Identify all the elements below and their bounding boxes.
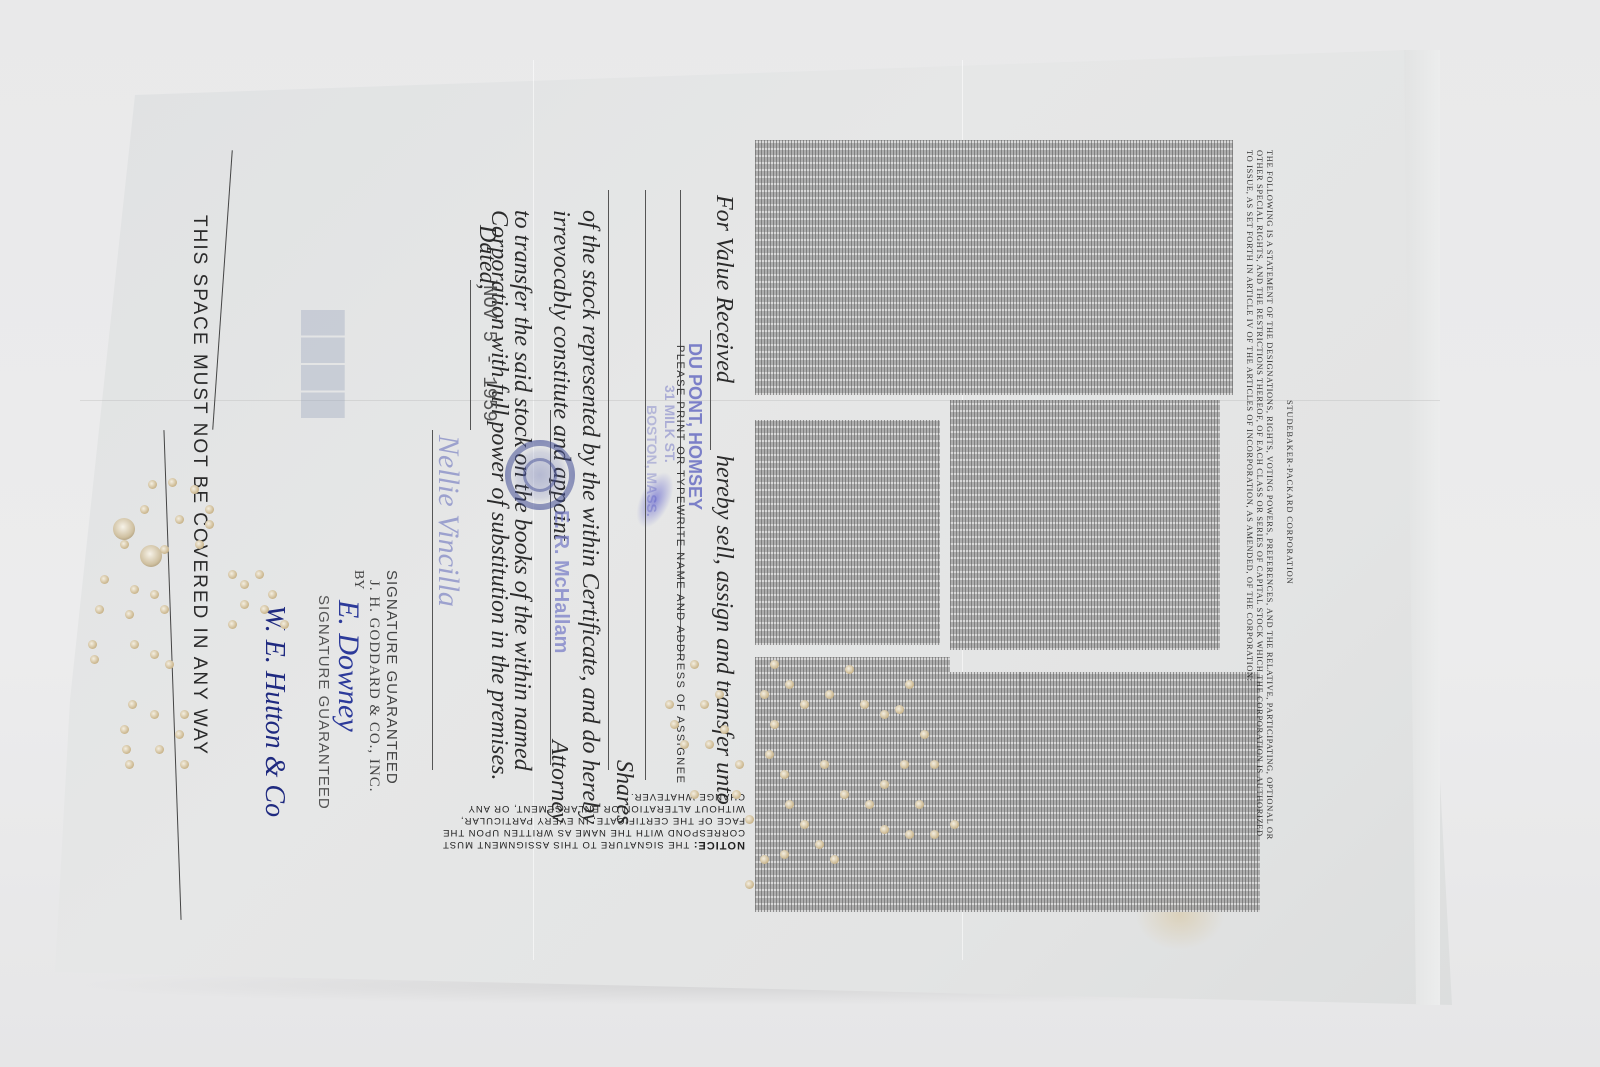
shares-line [608, 190, 609, 770]
perforation-hole [228, 620, 237, 629]
hereby-sell-text: hereby sell, assign and transfer unto [710, 455, 737, 805]
perforation-hole [150, 650, 159, 659]
perforation-hole [895, 705, 904, 714]
perforation-hole [228, 570, 237, 579]
perforation-hole [130, 585, 139, 594]
perforation-hole [745, 880, 754, 889]
legal-text-block [1020, 672, 1260, 912]
perforation-hole [175, 730, 184, 739]
perforation-hole [820, 760, 829, 769]
perforation-hole [140, 505, 149, 514]
perforation-hole [120, 540, 129, 549]
attorney-signature-stamp: E. R. McHallam [549, 510, 572, 653]
perforation-hole [670, 720, 679, 729]
perforation-hole [180, 710, 189, 719]
perforation-hole [700, 700, 709, 709]
perforation-hole [165, 660, 174, 669]
dated-label: Dated, [473, 225, 500, 290]
perforation-hole [765, 750, 774, 759]
perforation-hole [95, 605, 104, 614]
address-line [645, 190, 646, 780]
perforation-hole [175, 515, 184, 524]
legal-text-block [755, 657, 950, 912]
perforation-hole [150, 710, 159, 719]
perforation-hole [830, 855, 839, 864]
perforation-hole [785, 800, 794, 809]
perforation-hole [255, 570, 264, 579]
legal-heading: THE FOLLOWING IS A STATEMENT OF THE DESI… [1245, 150, 1275, 850]
perforation-hole [930, 760, 939, 769]
perforation-hole [915, 800, 924, 809]
perforation-hole [155, 745, 164, 754]
perforation-hole [905, 830, 914, 839]
perforation-hole [840, 790, 849, 799]
perforation-hole [780, 770, 789, 779]
perforation-hole [90, 655, 99, 664]
perforation-hole [785, 680, 794, 689]
perforation-hole [920, 730, 929, 739]
perforation-hole [800, 700, 809, 709]
perforation-hole [125, 610, 134, 619]
perforation-hole [760, 690, 769, 699]
perforation-hole [705, 740, 714, 749]
bleed-through-title: ████ [303, 310, 345, 420]
assignor-line [710, 330, 711, 450]
perforation-hole [205, 520, 214, 529]
perforation-hole [160, 605, 169, 614]
perforation-hole [240, 600, 249, 609]
perforation-hole [100, 575, 109, 584]
by-label: BY [350, 570, 366, 589]
perforation-hole [732, 790, 741, 799]
perforation-hole [680, 740, 689, 749]
perforation-hole [125, 760, 134, 769]
perforation-hole [195, 540, 204, 549]
perforation-hole [770, 660, 779, 669]
dated-value: NOV 5 - 1959 [478, 285, 500, 422]
perforation-hole [905, 680, 914, 689]
perforation-hole [845, 665, 854, 674]
perforation-hole [800, 820, 809, 829]
perforation-hole [825, 690, 834, 699]
perforation-hole [880, 825, 889, 834]
perforation-hole [735, 760, 744, 769]
perforation-hole [690, 660, 699, 669]
notice-label: NOTICE: [693, 839, 745, 851]
date-line [470, 280, 471, 430]
second-guarantor-signature: W. E. Hutton & Co [258, 605, 290, 817]
perforation-hole [190, 485, 199, 494]
perforation-hole [880, 710, 889, 719]
legal-text-block [755, 420, 940, 645]
perforation-hole [205, 505, 214, 514]
perforation-hole [865, 800, 874, 809]
perforation-hole [780, 850, 789, 859]
signature-guaranteed-stamp-2: SIGNATURE GUARANTEED [315, 595, 332, 810]
signature-notice: NOTICE: THE SIGNATURE TO THIS ASSIGNMENT… [425, 790, 745, 851]
perforation-hole [690, 790, 699, 799]
perforation-hole [815, 840, 824, 849]
perforation-hole [113, 518, 135, 540]
perforation-hole [860, 700, 869, 709]
holder-signature: Nellie Vincilla [431, 435, 465, 607]
perforation-hole [168, 478, 177, 487]
perforation-hole [930, 830, 939, 839]
of-the-stock-text: of the stock represented by the within C… [576, 210, 603, 824]
legal-text-block [950, 400, 1220, 650]
perforation-hole [268, 590, 277, 599]
perforation-hole [745, 815, 754, 824]
signature-line [432, 430, 433, 770]
perforation-hole [280, 620, 289, 629]
perforation-hole [240, 580, 249, 589]
perforation-hole [900, 760, 909, 769]
notary-seal-stamp [505, 440, 575, 510]
perforation-hole [88, 640, 97, 649]
perforation-hole [665, 700, 674, 709]
perforation-hole [715, 690, 724, 699]
guarantor-signature: E. Downey [331, 600, 365, 732]
perforation-hole [260, 605, 269, 614]
perforation-hole [128, 700, 137, 709]
perforation-hole [140, 545, 162, 567]
perforation-hole [720, 725, 729, 734]
perforation-hole [760, 855, 769, 864]
legal-text-block [950, 672, 1020, 912]
perforation-hole [880, 780, 889, 789]
perforation-hole [180, 760, 189, 769]
perforation-hole [770, 720, 779, 729]
guarantor-firm: J. H. GODDARD & CO., INC. [365, 580, 382, 793]
legal-text-block [755, 140, 1233, 395]
perforation-hole [150, 590, 159, 599]
perforation-hole [148, 480, 157, 489]
perforation-hole [950, 820, 959, 829]
perforation-hole [120, 725, 129, 734]
perforation-hole [130, 640, 139, 649]
assignee-stamp: DU PONT, HOMSEY [684, 343, 705, 510]
for-value-received-label: For Value Received [710, 195, 737, 383]
print-instruction: PLEASE PRINT OR TYPEWRITE NAME AND ADDRE… [674, 345, 686, 784]
perforation-hole [122, 745, 131, 754]
signature-guaranteed-stamp: SIGNATURE GUARANTEED [383, 570, 400, 785]
company-name: STUDEBAKER-PACKARD CORPORATION [1285, 400, 1295, 585]
fold-crease [80, 400, 1440, 401]
